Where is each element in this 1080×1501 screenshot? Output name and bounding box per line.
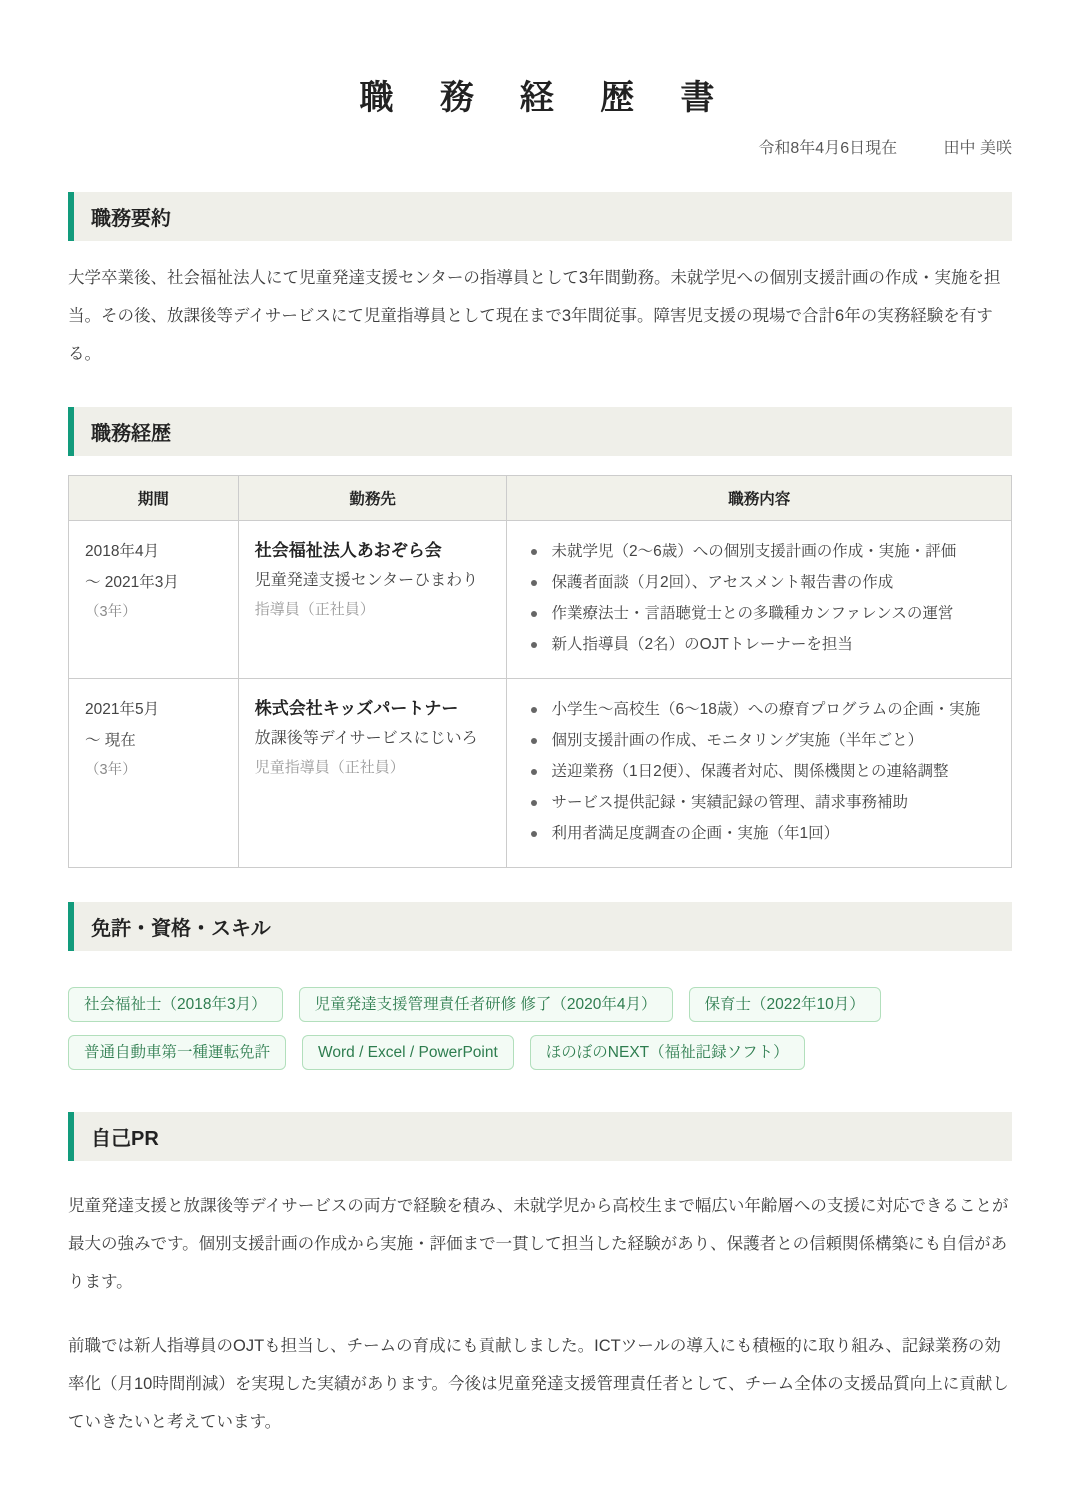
pr-paragraph: 児童発達支援と放課後等デイサービスの両方で経験を積み、未就学児から高校生まで幅広… — [68, 1187, 1012, 1301]
skill-badge: 児童発達支援管理責任者研修 修了（2020年4月） — [299, 987, 673, 1022]
bullet-icon — [531, 800, 537, 806]
bullet-icon — [531, 611, 537, 617]
bullet-icon — [531, 549, 537, 555]
duty-text: 小学生～高校生（6～18歳）への療育プログラムの企画・実施 — [551, 694, 980, 725]
company-name: 社会福祉法人あおぞら会 — [255, 536, 491, 566]
duty-item: 小学生～高校生（6～18歳）への療育プログラムの企画・実施 — [523, 694, 995, 725]
section-heading-pr: 自己PR — [68, 1112, 1012, 1161]
column-header-duties: 職務内容 — [507, 476, 1012, 521]
duty-text: 利用者満足度調査の企画・実施（年1回） — [551, 818, 839, 849]
duty-item: 新人指導員（2名）のOJTトレーナーを担当 — [523, 629, 995, 660]
duties-list: 小学生～高校生（6～18歳）への療育プログラムの企画・実施 個別支援計画の作成、… — [523, 694, 995, 849]
duties-cell: 小学生～高校生（6～18歳）への療育プログラムの企画・実施 個別支援計画の作成、… — [507, 679, 1012, 868]
bullet-icon — [531, 707, 537, 713]
company-office: 放課後等デイサービスにじいろ — [255, 724, 491, 754]
period-duration: （3年） — [85, 598, 222, 627]
duty-item: 個別支援計画の作成、モニタリング実施（半年ごと） — [523, 725, 995, 756]
column-header-period: 期間 — [69, 476, 239, 521]
company-office: 児童発達支援センターひまわり — [255, 566, 491, 596]
work-history-table: 期間 勤務先 職務内容 2018年4月 ～ 2021年3月 （3年） 社会福祉法… — [68, 475, 1012, 868]
author-name: 田中 美咲 — [944, 140, 1012, 157]
duty-text: 送迎業務（1日2便）、保護者対応、関係機関との連絡調整 — [551, 756, 948, 787]
skill-badge: 保育士（2022年10月） — [689, 987, 881, 1022]
current-date: 令和8年4月6日現在 — [758, 140, 897, 157]
company-name: 株式会社キッズパートナー — [255, 694, 491, 724]
skill-badge: ほのぼのNEXT（福祉記録ソフト） — [530, 1035, 805, 1070]
duty-item: 作業療法士・言語聴覚士との多職種カンファレンスの運営 — [523, 598, 995, 629]
pr-paragraph: 前職では新人指導員のOJTも担当し、チームの育成にも貢献しました。ICTツールの… — [68, 1327, 1012, 1441]
company-cell: 社会福祉法人あおぞら会 児童発達支援センターひまわり 指導員（正社員） — [238, 521, 507, 679]
period-duration: （3年） — [85, 756, 222, 785]
period-to: ～ 現在 — [85, 725, 222, 756]
skill-badge: 普通自動車第一種運転免許 — [68, 1035, 286, 1070]
resume-document: 職 務 経 歴 書 令和8年4月6日現在 田中 美咲 職務要約 大学卒業後、社会… — [0, 0, 1080, 1501]
skills-badge-list: 社会福祉士（2018年3月） 児童発達支援管理責任者研修 修了（2020年4月）… — [68, 987, 1012, 1070]
company-role: 指導員（正社員） — [255, 596, 491, 624]
summary-paragraph: 大学卒業後、社会福祉法人にて児童発達支援センターの指導員として3年間勤務。未就学… — [68, 259, 1012, 373]
bullet-icon — [531, 769, 537, 775]
section-heading-skills: 免許・資格・スキル — [68, 902, 1012, 951]
table-header-row: 期間 勤務先 職務内容 — [69, 476, 1012, 521]
duty-item: サービス提供記録・実績記録の管理、請求事務補助 — [523, 787, 995, 818]
duty-text: 新人指導員（2名）のOJTトレーナーを担当 — [551, 629, 852, 660]
duty-text: サービス提供記録・実績記録の管理、請求事務補助 — [551, 787, 908, 818]
bullet-icon — [531, 831, 537, 837]
page-title: 職 務 経 歴 書 — [68, 70, 1012, 119]
duty-item: 利用者満足度調査の企画・実施（年1回） — [523, 818, 995, 849]
company-cell: 株式会社キッズパートナー 放課後等デイサービスにじいろ 児童指導員（正社員） — [238, 679, 507, 868]
duty-text: 未就学児（2～6歳）への個別支援計画の作成・実施・評価 — [551, 536, 956, 567]
skill-badge: Word / Excel / PowerPoint — [302, 1035, 514, 1070]
duty-text: 個別支援計画の作成、モニタリング実施（半年ごと） — [551, 725, 923, 756]
duty-text: 保護者面談（月2回）、アセスメント報告書の作成 — [551, 567, 893, 598]
duty-item: 未就学児（2～6歳）への個別支援計画の作成・実施・評価 — [523, 536, 995, 567]
duty-item: 保護者面談（月2回）、アセスメント報告書の作成 — [523, 567, 995, 598]
period-cell: 2021年5月 ～ 現在 （3年） — [69, 679, 239, 868]
bullet-icon — [531, 738, 537, 744]
duty-text: 作業療法士・言語聴覚士との多職種カンファレンスの運営 — [551, 598, 953, 629]
duties-list: 未就学児（2～6歳）への個別支援計画の作成・実施・評価 保護者面談（月2回）、ア… — [523, 536, 995, 660]
period-from: 2018年4月 — [85, 536, 222, 567]
bullet-icon — [531, 642, 537, 648]
bullet-icon — [531, 580, 537, 586]
duty-item: 送迎業務（1日2便）、保護者対応、関係機関との連絡調整 — [523, 756, 995, 787]
period-from: 2021年5月 — [85, 694, 222, 725]
table-row: 2018年4月 ～ 2021年3月 （3年） 社会福祉法人あおぞら会 児童発達支… — [69, 521, 1012, 679]
date-author-line: 令和8年4月6日現在 田中 美咲 — [68, 135, 1012, 158]
section-heading-history: 職務経歴 — [68, 407, 1012, 456]
company-role: 児童指導員（正社員） — [255, 754, 491, 782]
period-to: ～ 2021年3月 — [85, 567, 222, 598]
skill-badge: 社会福祉士（2018年3月） — [68, 987, 283, 1022]
column-header-company: 勤務先 — [238, 476, 507, 521]
section-heading-summary: 職務要約 — [68, 192, 1012, 241]
table-row: 2021年5月 ～ 現在 （3年） 株式会社キッズパートナー 放課後等デイサービ… — [69, 679, 1012, 868]
duties-cell: 未就学児（2～6歳）への個別支援計画の作成・実施・評価 保護者面談（月2回）、ア… — [507, 521, 1012, 679]
period-cell: 2018年4月 ～ 2021年3月 （3年） — [69, 521, 239, 679]
